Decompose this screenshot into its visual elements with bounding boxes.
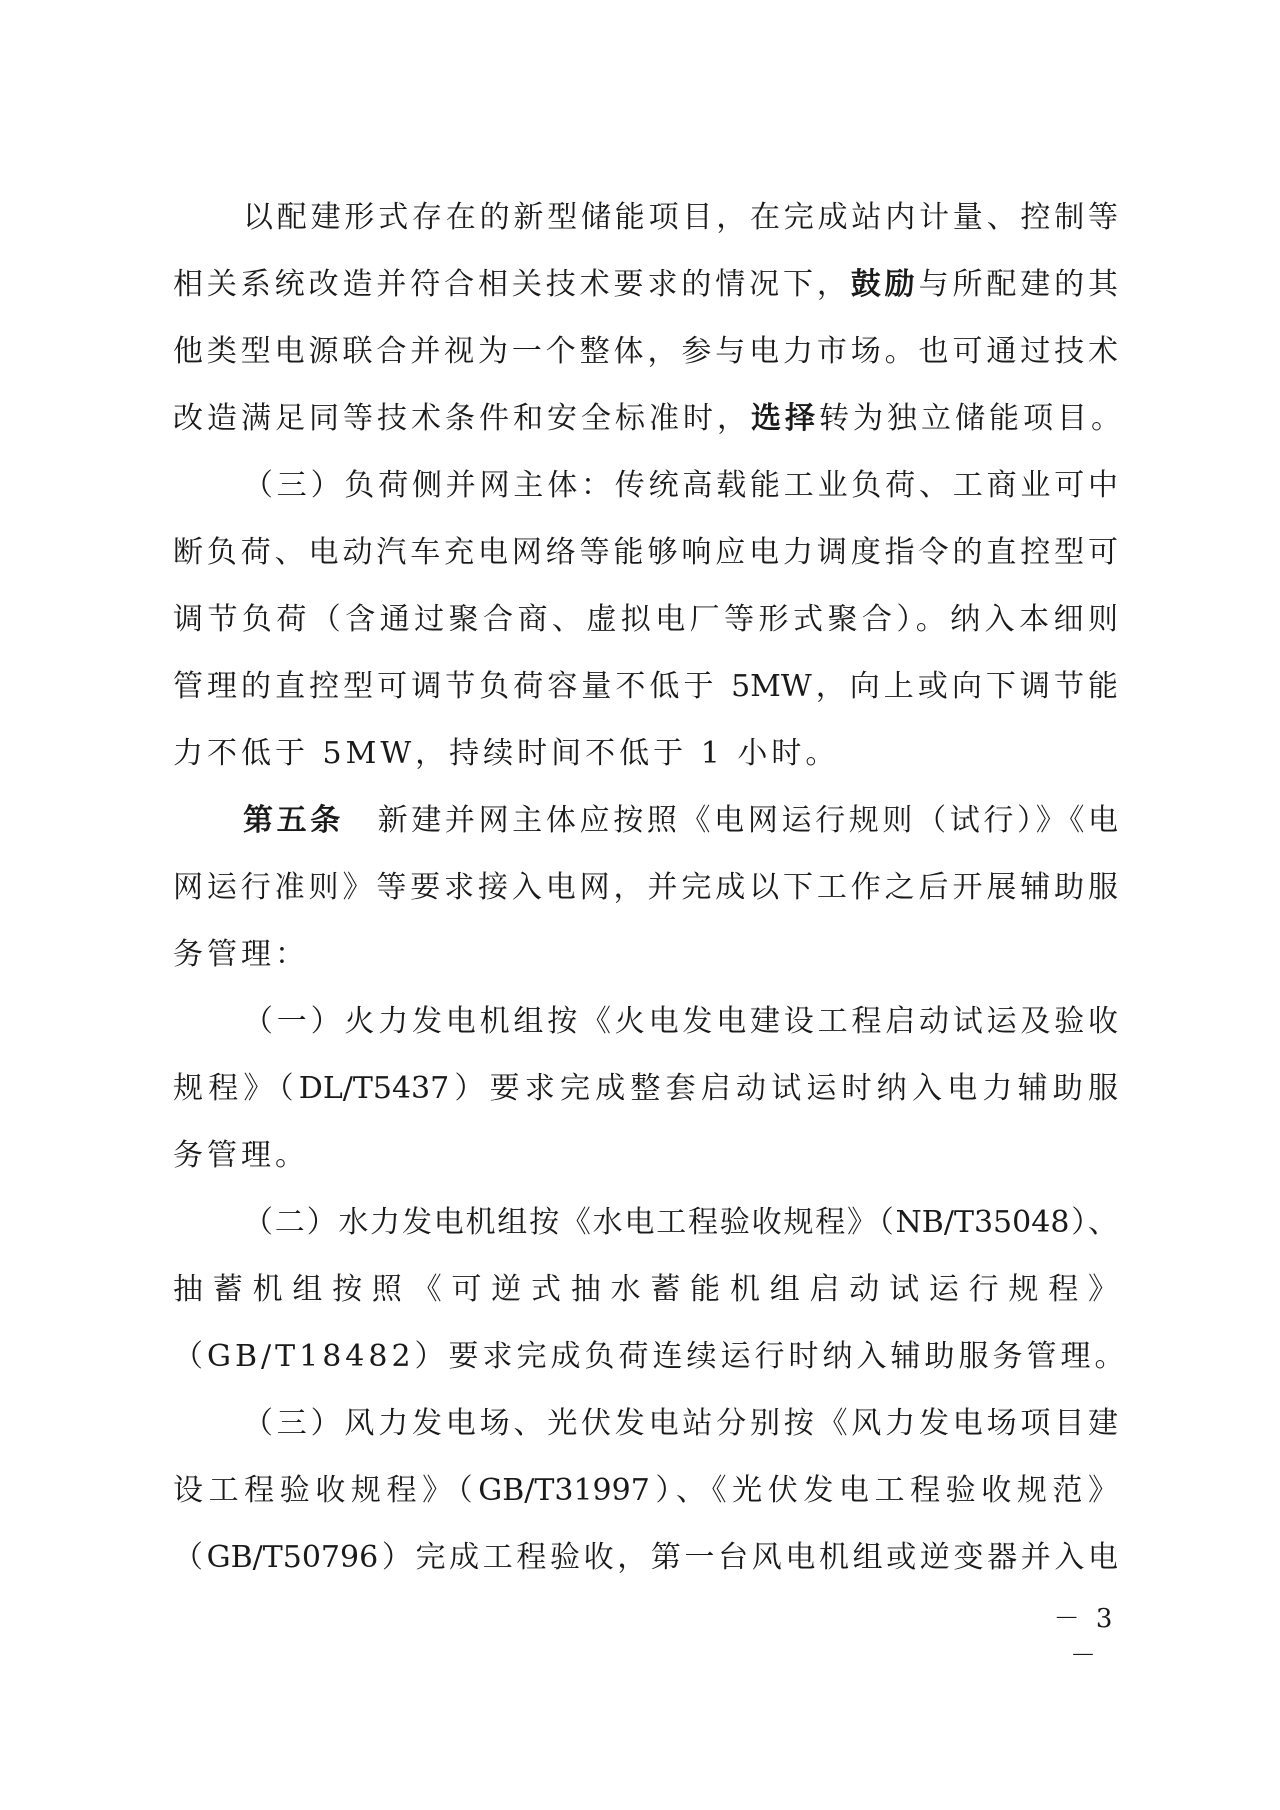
- text-line: （三）负荷侧并网主体：传统高载能工业负荷、工商业可中: [243, 466, 1118, 506]
- text-run: 新建并网主体应按照《电网运行规则（试行）》《电: [344, 803, 1118, 838]
- article-heading-line: 第五条 新建并网主体应按照《电网运行规则（试行）》《电: [243, 801, 1118, 841]
- text-run: 抽蓄机组按照《可逆式抽水蓄能机组启动试运行规程》: [173, 1272, 1118, 1307]
- text-line: 管理的直控型可调节负荷容量不低于 5MW，向上或向下调节能: [173, 667, 1118, 707]
- text-run: 相关系统改造并符合相关技术要求的情况下，: [173, 267, 851, 302]
- article-number: 第五条: [243, 803, 344, 838]
- text-run: 务管理。: [173, 1138, 309, 1173]
- text-line: 设工程验收规程》（GB/T31997）、《光伏发电工程验收规范》: [173, 1471, 1118, 1511]
- text-line: 改造满足同等技术条件和安全标准时，选择转为独立储能项目。: [173, 399, 1118, 439]
- text-run: （GB/T18482）要求完成负荷连续运行时纳入辅助服务管理。: [173, 1339, 1129, 1374]
- text-run: 力不低于 5MW，持续时间不低于 1 小时。: [173, 736, 839, 771]
- text-line: 网运行准则》等要求接入电网，并完成以下工作之后开展辅助服: [173, 868, 1118, 908]
- text-run: 以配建形式存在的新型储能项目，在完成站内计量、控制等: [243, 200, 1118, 235]
- text-line: 规程》（DL/T5437）要求完成整套启动试运时纳入电力辅助服: [173, 1069, 1118, 1109]
- text-run: 与所配建的其: [919, 267, 1118, 302]
- text-line: （GB/T18482）要求完成负荷连续运行时纳入辅助服务管理。: [173, 1337, 1118, 1377]
- text-line: 断负荷、电动汽车充电网络等能够响应电力调度指令的直控型可: [173, 533, 1118, 573]
- text-run: 网运行准则》等要求接入电网，并完成以下工作之后开展辅助服: [173, 870, 1118, 905]
- text-line: 务管理。: [173, 1136, 1118, 1176]
- text-run: （一）火力发电机组按《火电发电建设工程启动试运及验收: [243, 1004, 1118, 1039]
- text-run: 调节负荷（含通过聚合商、虚拟电厂等形式聚合）。纳入本细则: [173, 602, 1118, 637]
- text-line: 以配建形式存在的新型储能项目，在完成站内计量、控制等: [243, 198, 1118, 238]
- text-line: 务管理：: [173, 935, 1118, 975]
- text-run: （GB/T50796）完成工程验收，第一台风电机组或逆变器并入电: [173, 1540, 1118, 1575]
- text-run: 改造满足同等技术条件和安全标准时，: [173, 401, 751, 436]
- emphasis-text: 选择: [751, 401, 819, 436]
- text-run: 断负荷、电动汽车充电网络等能够响应电力调度指令的直控型可: [173, 535, 1118, 570]
- text-run: 规程》（DL/T5437）要求完成整套启动试运时纳入电力辅助服: [173, 1071, 1118, 1106]
- text-run: 他类型电源联合并视为一个整体，参与电力市场。也可通过技术: [173, 334, 1118, 369]
- page-number: － 3 －: [1040, 1598, 1130, 1672]
- emphasis-text: 鼓励: [851, 267, 919, 302]
- text-run: 设工程验收规程》（GB/T31997）、《光伏发电工程验收规范》: [173, 1473, 1118, 1508]
- text-line: 力不低于 5MW，持续时间不低于 1 小时。: [173, 734, 1118, 774]
- text-run: （二）水力发电机组按《水电工程验收规程》（NB/T35048）、: [243, 1205, 1118, 1240]
- text-line: （二）水力发电机组按《水电工程验收规程》（NB/T35048）、: [243, 1203, 1118, 1243]
- text-line: （GB/T50796）完成工程验收，第一台风电机组或逆变器并入电: [173, 1538, 1118, 1578]
- text-line: 抽蓄机组按照《可逆式抽水蓄能机组启动试运行规程》: [173, 1270, 1118, 1310]
- document-page: 以配建形式存在的新型储能项目，在完成站内计量、控制等 相关系统改造并符合相关技术…: [0, 0, 1280, 1810]
- text-line: （一）火力发电机组按《火电发电建设工程启动试运及验收: [243, 1002, 1118, 1042]
- text-line: 他类型电源联合并视为一个整体，参与电力市场。也可通过技术: [173, 332, 1118, 372]
- text-run: （三）负荷侧并网主体：传统高载能工业负荷、工商业可中: [243, 468, 1118, 503]
- text-run: （三）风力发电场、光伏发电站分别按《风力发电场项目建: [243, 1406, 1118, 1441]
- text-line: （三）风力发电场、光伏发电站分别按《风力发电场项目建: [243, 1404, 1118, 1444]
- text-run: 管理的直控型可调节负荷容量不低于 5MW，向上或向下调节能: [173, 669, 1118, 704]
- text-run: 转为独立储能项目。: [819, 401, 1125, 436]
- text-line: 调节负荷（含通过聚合商、虚拟电厂等形式聚合）。纳入本细则: [173, 600, 1118, 640]
- text-run: 务管理：: [173, 937, 309, 972]
- text-line: 相关系统改造并符合相关技术要求的情况下，鼓励与所配建的其: [173, 265, 1118, 305]
